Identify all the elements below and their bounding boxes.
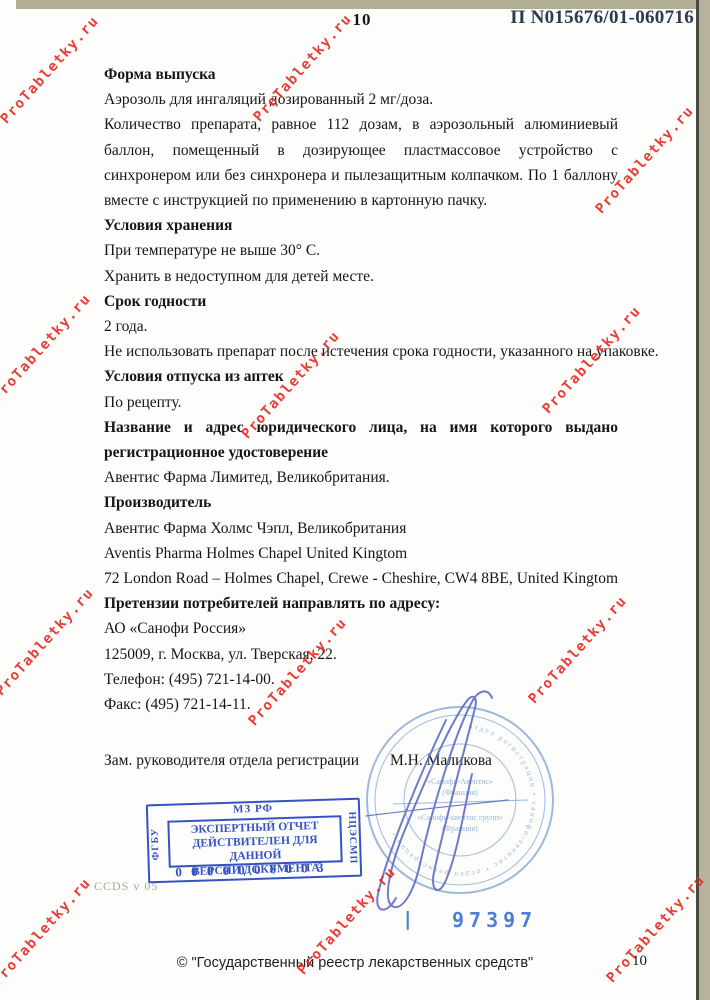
- body-line: АО «Санофи Россия»: [104, 616, 618, 641]
- body-line: 72 London Road – Holmes Chapel, Crewe - …: [104, 566, 618, 591]
- signature-stroke: [388, 691, 492, 907]
- section-heading: Форма выпуска: [104, 62, 618, 87]
- section-heading: Срок годности: [104, 289, 618, 314]
- site-watermark: ProTabletky.ru: [0, 291, 94, 405]
- scan-edge-right: [699, 0, 710, 1000]
- signature-stroke: [366, 800, 508, 816]
- expert-report-stamp: МЗ РФ ФГБУ НЦЭСМП ЭКСПЕРТНЫЙ ОТЧЕТ ДЕЙСТ…: [146, 798, 362, 884]
- section-heading: Претензии потребителей направлять по адр…: [104, 591, 618, 616]
- body-line: Аэрозоль для ингаляций дозированный 2 мг…: [104, 87, 618, 112]
- registration-number: П N015676/01-060716: [510, 7, 694, 29]
- body-line: Хранить в недоступном для детей месте.: [104, 264, 618, 289]
- handwritten-signature: [352, 686, 522, 921]
- body-paragraph: Количество препарата, равное 112 дозам, …: [104, 112, 618, 213]
- body-line: При температуре не выше 30° С.: [104, 238, 618, 263]
- body-line: Не использовать препарат после истечения…: [104, 339, 618, 364]
- header-page-number: 10: [340, 10, 384, 30]
- document-body: Форма выпуска Аэрозоль для ингаляций доз…: [104, 62, 618, 717]
- body-line: Авентис Фарма Лимитед, Великобритания.: [104, 465, 618, 490]
- stamp-left-label: ФГБУ: [150, 827, 162, 860]
- body-line: 2 года.: [104, 314, 618, 339]
- site-watermark: ProTabletky.ru: [0, 585, 97, 699]
- section-heading: Условия хранения: [104, 213, 618, 238]
- body-line: По рецепту.: [104, 390, 618, 415]
- body-line: Aventis Pharma Holmes Chapel United King…: [104, 541, 618, 566]
- site-watermark: ProTabletky.ru: [0, 13, 102, 127]
- footer-copyright: © "Государственный реестр лекарственных …: [0, 955, 710, 971]
- section-heading: Название и адрес юридического лица, на и…: [104, 415, 618, 465]
- signatory-role: Зам. руководителя отдела регистрации: [104, 752, 359, 769]
- footer-page-number: 10: [632, 953, 647, 970]
- document-page: 10 П N015676/01-060716 Форма выпуска Аэр…: [0, 0, 710, 1000]
- section-heading: Производитель: [104, 490, 618, 515]
- site-watermark: ProTabletky.ru: [0, 875, 94, 989]
- section-heading: Условия отпуска из аптек: [104, 364, 618, 389]
- body-line: 125009, г. Москва, ул. Тверская, 22.: [104, 642, 618, 667]
- body-line: Авентис Фарма Холмс Чэпл, Великобритания: [104, 516, 618, 541]
